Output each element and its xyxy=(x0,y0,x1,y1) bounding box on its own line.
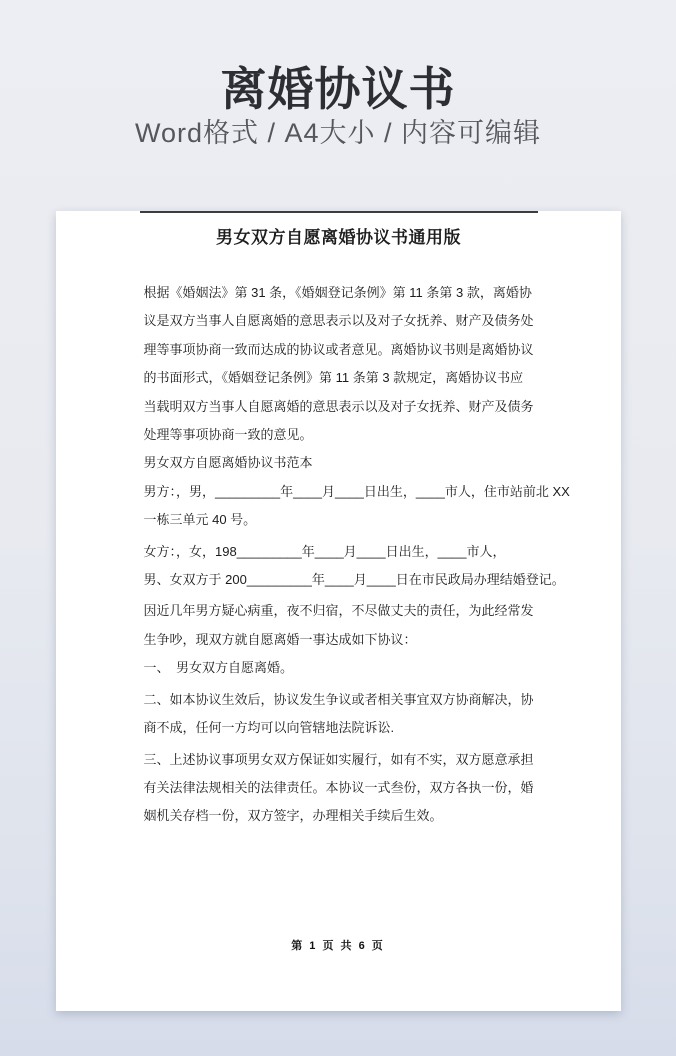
doc-paragraph: 三、上述协议事项男女双方保证如实履行，如有不实，双方愿意承担 有关法律法规相关的… xyxy=(144,746,534,831)
doc-paragraph: 男女双方自愿离婚协议书范本 xyxy=(144,449,534,477)
doc-paragraph: 一、 男女双方自愿离婚。 xyxy=(144,654,534,682)
doc-paragraph: 男方：，男，_________年____月____日出生，____市人，住市站前… xyxy=(144,478,534,535)
doc-paragraph: 根据《婚姻法》第 31 条，《婚姻登记条例》第 11 条第 3 款，离婚协 议是… xyxy=(144,279,534,449)
document-page: 男女双方自愿离婚协议书通用版 根据《婚姻法》第 31 条，《婚姻登记条例》第 1… xyxy=(56,211,621,1011)
hero-subtitle: Word格式 / A4大小 / 内容可编辑 xyxy=(0,116,676,150)
hero-title: 离婚协议书 xyxy=(0,63,676,115)
document-divider xyxy=(140,211,538,213)
doc-paragraph: 男、女双方于 200_________年____月____日在市民政局办理结婚登… xyxy=(144,566,534,594)
doc-paragraph: 二、如本协议生效后，协议发生争议或者相关事宜双方协商解决，协 商不成，任何一方均… xyxy=(144,686,534,743)
doc-paragraph: 女方：，女，198_________年____月____日出生，____市人， xyxy=(144,538,534,566)
page-number: 第 1 页 共 6 页 xyxy=(56,937,621,953)
hero-banner: 离婚协议书 Word格式 / A4大小 / 内容可编辑 xyxy=(0,0,676,150)
document-body: 根据《婚姻法》第 31 条，《婚姻登记条例》第 11 条第 3 款，离婚协 议是… xyxy=(144,279,534,831)
document-title: 男女双方自愿离婚协议书通用版 xyxy=(144,227,534,249)
doc-paragraph: 因近几年男方疑心病重，夜不归宿，不尽做丈夫的责任，为此经常发 生争吵，现双方就自… xyxy=(144,597,534,654)
